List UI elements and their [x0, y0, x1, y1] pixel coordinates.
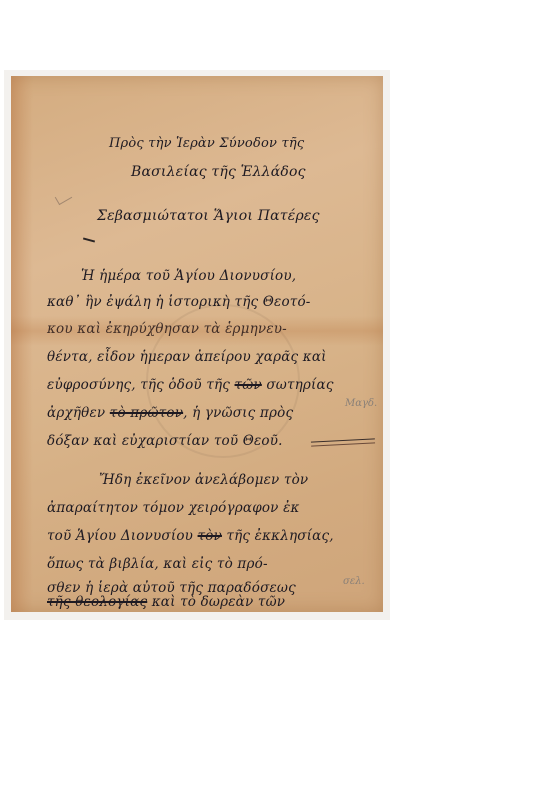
paragraph-2-line-6: τῆς θεολογίας καὶ τὸ δωρεὰν τῶν	[47, 594, 285, 610]
header-line-2: Βασιλείας τῆς Ἑλλάδος	[131, 164, 306, 180]
ink-dash-mark	[83, 237, 95, 242]
paragraph-2-line-4: ὅπως τὰ βιβλία, καὶ εἰς τὸ πρό-	[47, 556, 268, 572]
paragraph-1-line-3: κου καὶ ἐκηρύχθησαν τὰ ἑρμηνευ-	[47, 321, 287, 337]
pencil-check-mark	[55, 190, 72, 205]
margin-note-struck: σελ.	[343, 576, 365, 587]
paragraph-2-line-3: τοῦ Ἁγίου Διονυσίου τὸν τῆς ἐκκλησίας,	[47, 528, 334, 544]
header-salutation: Σεβασμιώτατοι Ἅγιοι Πατέρες	[97, 208, 320, 224]
paragraph-1-line-1: Ἡ ἡμέρα τοῦ Ἁγίου Διονυσίου,	[81, 268, 296, 284]
paragraph-2-line-2: ἀπαραίτητον τόμον χειρόγραφον ἐκ	[47, 500, 300, 516]
paragraph-2-line-1: Ἤδη ἐκεῖνον ἀνελάβομεν τὸν	[99, 472, 308, 488]
ink-flourish-underline	[311, 438, 375, 446]
struck-through-word: τῆς θεολογίας	[47, 594, 147, 610]
margin-note-pencil: Μαγδ.	[345, 398, 377, 409]
paragraph-1-line-4: θέντα, εἶδον ἡμεραν ἀπείρου χαρᾶς καὶ	[47, 349, 327, 365]
struck-through-word: τῶν	[235, 377, 262, 393]
paragraph-1-line-7: δόξαν καὶ εὐχαριστίαν τοῦ Θεοῦ.	[47, 433, 283, 449]
manuscript-page: Πρὸς τὴν Ἱερὰν Σύνοδον τῆς Βασιλείας τῆς…	[11, 76, 383, 612]
struck-through-word: τὸ πρῶτον	[110, 405, 183, 421]
paragraph-1-line-6: ἀρχῆθεν τὸ πρῶτον, ἡ γνῶσις πρὸς	[47, 405, 293, 421]
paragraph-1-line-2: καθ᾽ ἣν ἐψάλη ἡ ἱστορικὴ τῆς Θεοτό-	[47, 294, 311, 310]
paragraph-1-line-5: εὐφροσύνης, τῆς ὁδοῦ τῆς τῶν σωτηρίας	[47, 377, 334, 393]
struck-through-word: τὸν	[198, 528, 222, 544]
header-line-1: Πρὸς τὴν Ἱερὰν Σύνοδον τῆς	[109, 136, 304, 151]
